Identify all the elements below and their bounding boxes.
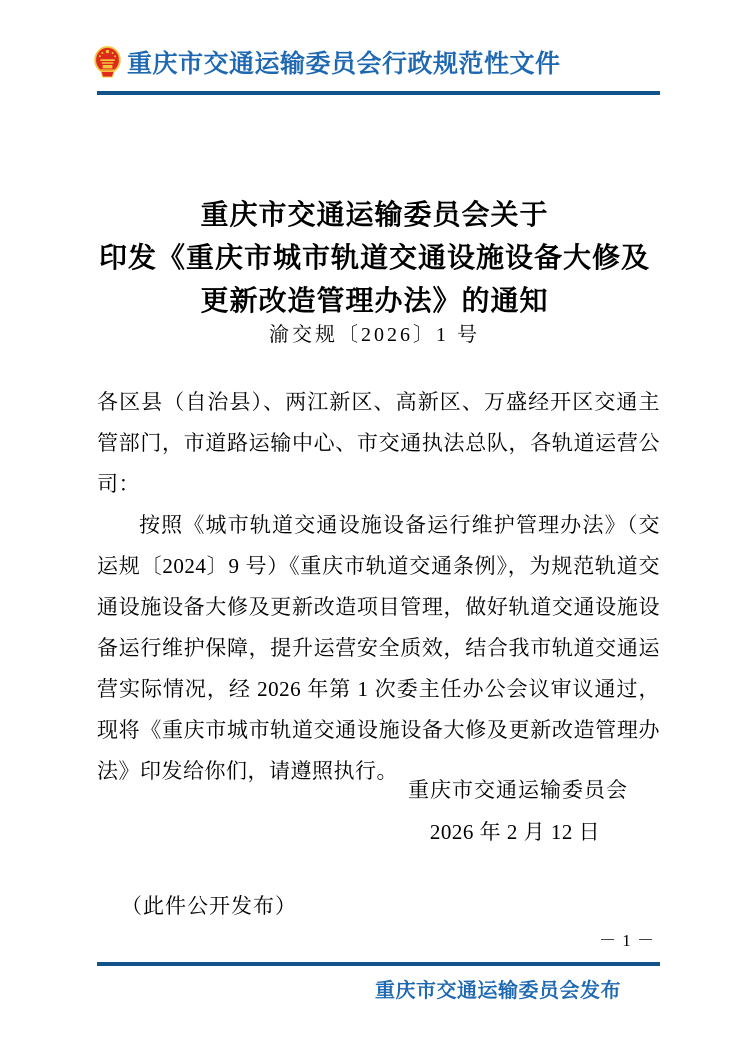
footer-publisher: 重庆市交通运输委员会发布	[375, 974, 621, 1003]
salutation: 各区县（自治县）、两江新区、高新区、万盛经开区交通主管部门，市道路运输中心、市交…	[97, 382, 660, 505]
national-emblem-icon	[94, 46, 121, 78]
page-number: － 1 －	[599, 926, 655, 951]
document-title-line: 更新改造管理办法》的通知	[60, 280, 689, 323]
signature-date: 2026 年 2 月 12 日	[408, 820, 622, 844]
header-banner: 重庆市交通运输委员会行政规范性文件	[94, 44, 561, 80]
document-body: 各区县（自治县）、两江新区、高新区、万盛经开区交通主管部门，市道路运输中心、市交…	[97, 382, 660, 792]
footer-divider	[97, 962, 660, 966]
document-number: 渝交规〔2026〕1 号	[60, 318, 689, 347]
signature-issuer: 重庆市交通运输委员会	[408, 778, 622, 802]
document-title-line: 印发《重庆市城市轨道交通设施设备大修及	[60, 237, 689, 280]
header-banner-title: 重庆市交通运输委员会行政规范性文件	[127, 44, 561, 80]
publish-note: （此件公开发布）	[121, 890, 297, 920]
body-paragraph: 按照《城市轨道交通设施设备运行维护管理办法》（交运规〔2024〕9 号）《重庆市…	[97, 505, 660, 792]
document-page: 重庆市交通运输委员会行政规范性文件 重庆市交通运输委员会关于 印发《重庆市城市轨…	[0, 0, 749, 1061]
document-title-line: 重庆市交通运输委员会关于	[60, 194, 689, 237]
header-divider	[97, 91, 660, 95]
document-title: 重庆市交通运输委员会关于 印发《重庆市城市轨道交通设施设备大修及 更新改造管理办…	[60, 194, 689, 323]
